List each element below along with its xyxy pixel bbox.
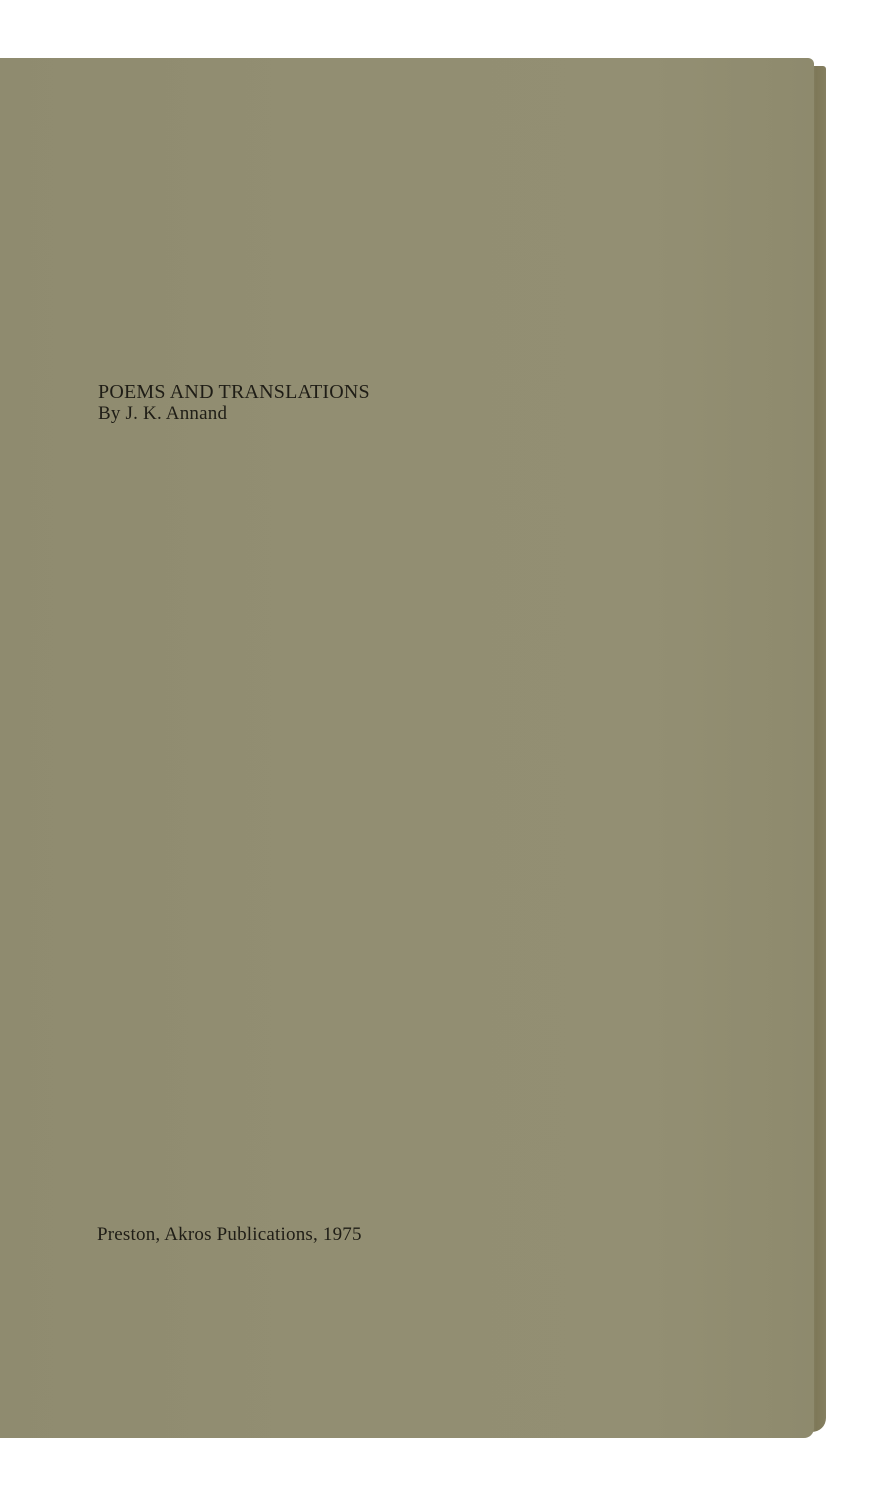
book-title: POEMS AND TRANSLATIONS <box>98 381 370 404</box>
book-author: By J. K. Annand <box>98 403 227 425</box>
publisher-imprint: Preston, Akros Publications, 1975 <box>97 1224 362 1246</box>
